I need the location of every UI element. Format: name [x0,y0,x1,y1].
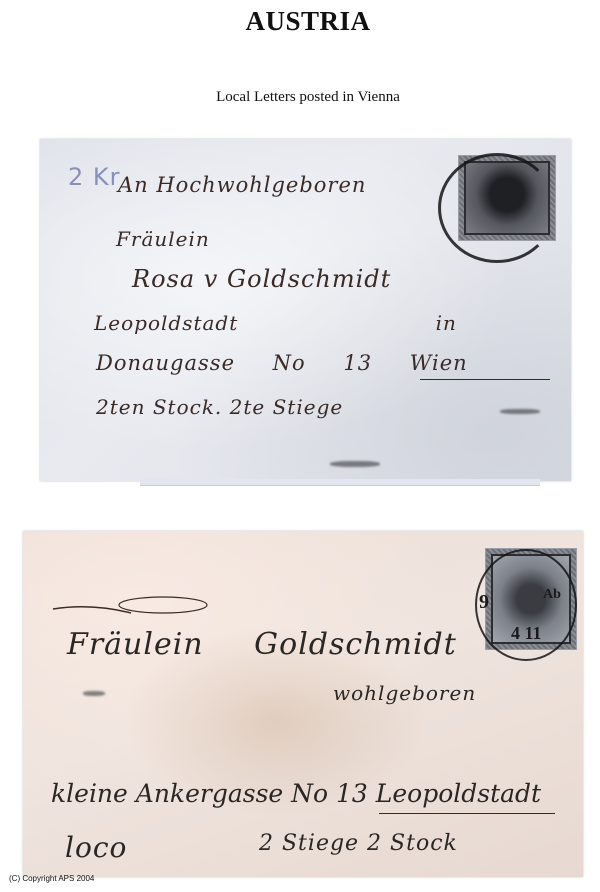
postmark-icon [475,549,577,661]
postmark-day: 9 [479,591,489,614]
address-line-3: kleine Ankergasse No 13 Leopoldstadt [51,779,541,808]
address-line-1: An Hochwohlgeboren [118,173,366,197]
envelope-flap [140,479,540,486]
postmark-icon [438,153,556,263]
ink-smudge [330,461,380,467]
address-line-2: wohlgeboren [333,681,476,705]
address-line-4: loco [65,831,127,864]
page-subtitle: Local Letters posted in Vienna [0,89,600,106]
cover-letter-1: 2 Kr An Hochwohlgeboren Fräulein Rosa v … [40,139,571,481]
address-line-5: 2 Stiege 2 Stock [259,831,458,856]
underline [420,379,550,380]
ink-smudge [500,409,540,414]
pencil-rate-note: 2 Kr [68,163,121,191]
flourish-icon [51,593,211,623]
address-line-2: Fräulein [116,227,210,251]
address-line-6: 2ten Stock. 2te Stiege [96,395,343,419]
copyright-notice: (C) Copyright APS 2004 [9,874,94,883]
address-line-4: Leopoldstadt in [94,311,457,335]
postmark-time: Ab [543,587,561,603]
underline [379,813,555,814]
postmark-number: 4 11 [511,623,542,644]
cover-letter-2: 9 Ab 4 11 Fräulein Goldschmidt wohlgebor… [23,531,583,877]
address-line-3: Rosa v Goldschmidt [132,265,391,293]
address-line-1: Fräulein Goldschmidt [67,627,457,662]
address-line-5: Donaugasse No 13 Wien [96,351,468,375]
page-title: AUSTRIA [0,6,600,37]
ink-smudge [83,691,105,696]
